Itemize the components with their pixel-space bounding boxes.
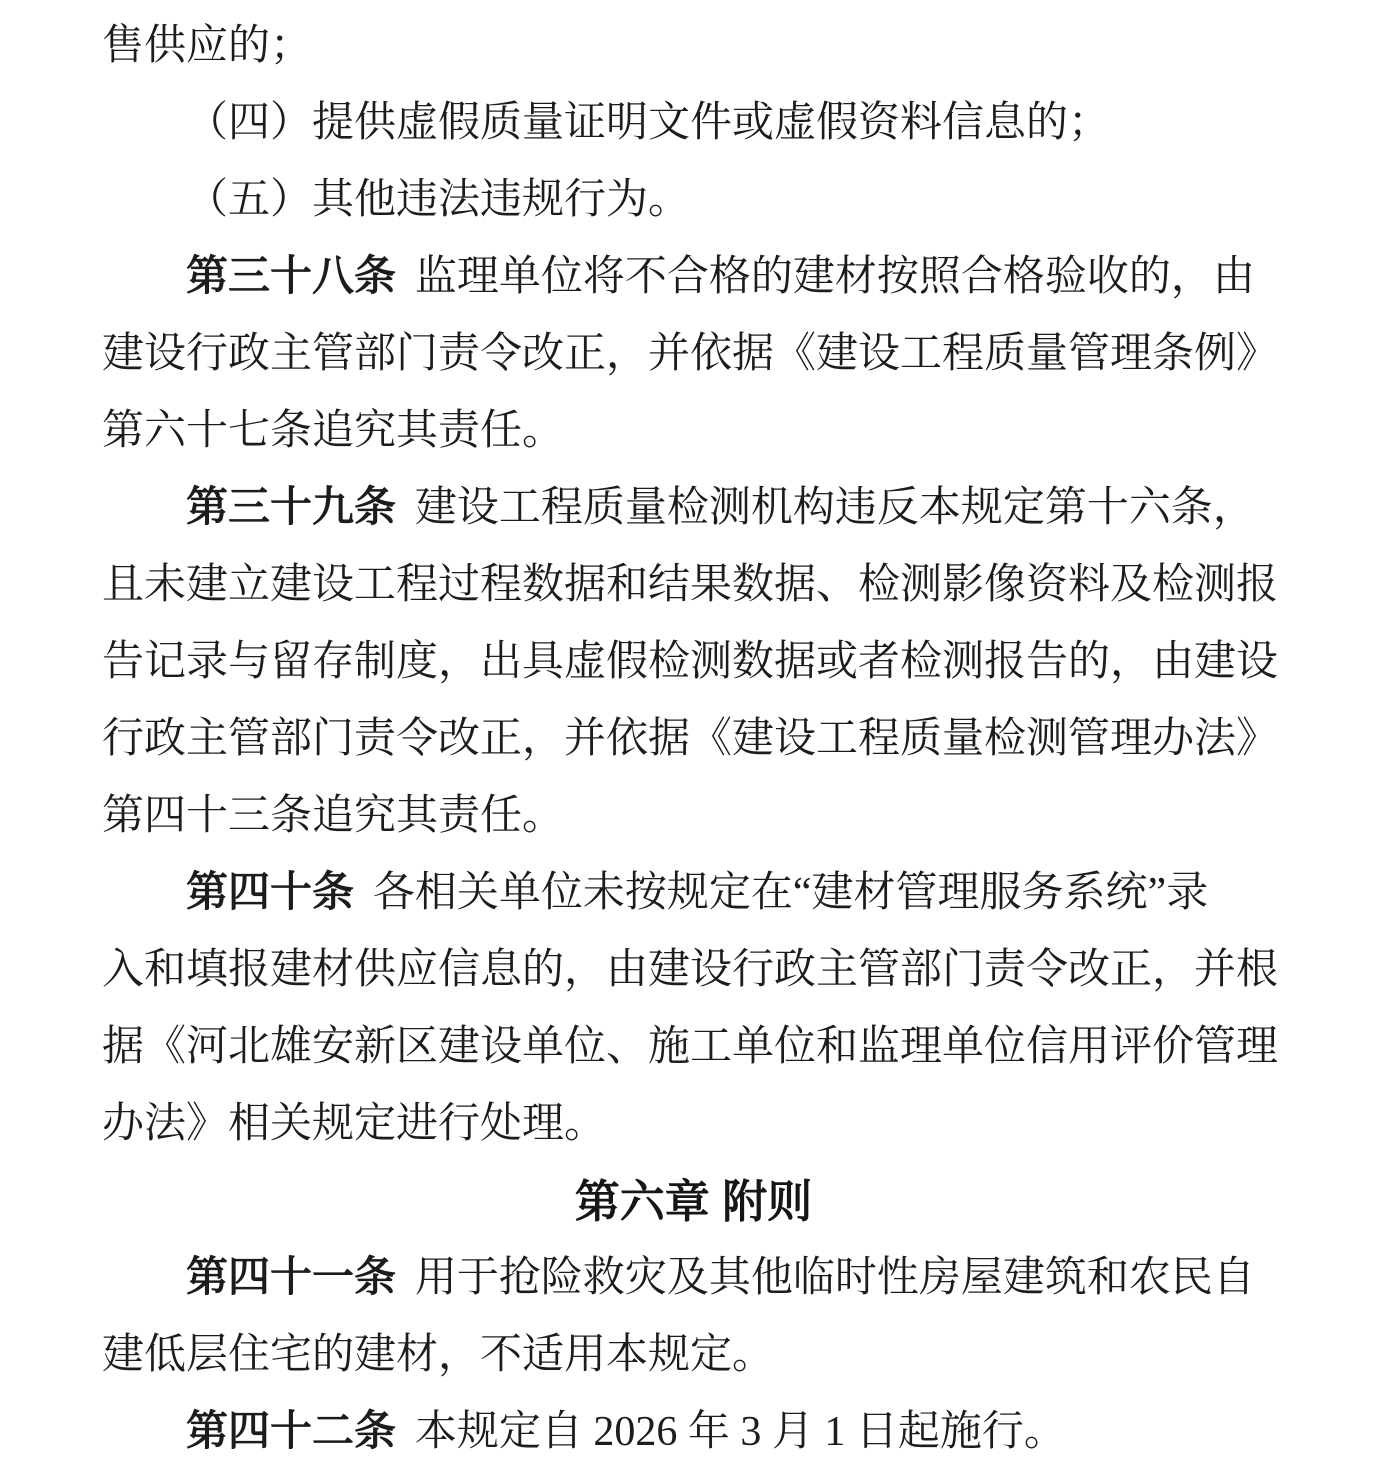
article-38: 第三十八条监理单位将不合格的建材按照合格验收的，由 建设行政主管部门责令改正，并… — [102, 239, 1285, 470]
article-41: 第四十一条用于抢险救灾及其他临时性房屋建筑和农民自 建低层住宅的建材，不适用本规… — [102, 1240, 1285, 1394]
paragraph-continuation: 售供应的； — [102, 8, 1285, 85]
chapter-heading: 第六章 附则 — [102, 1163, 1285, 1240]
article-40-number: 第四十条 — [186, 870, 354, 916]
list-item-4: （四）提供虚假质量证明文件或虚假资料信息的； — [102, 85, 1285, 162]
article-41-number: 第四十一条 — [186, 1255, 396, 1301]
article-39: 第三十九条建设工程质量检测机构违反本规定第十六条， 且未建立建设工程过程数据和结… — [102, 470, 1285, 855]
document-page: 售供应的； （四）提供虚假质量证明文件或虚假资料信息的； （五）其他违法违规行为… — [0, 0, 1387, 1481]
article-39-number: 第三十九条 — [186, 485, 396, 531]
article-38-number: 第三十八条 — [186, 254, 396, 300]
article-42: 第四十二条本规定自 2026 年 3 月 1 日起施行。 — [102, 1394, 1285, 1471]
article-42-body: 本规定自 2026 年 3 月 1 日起施行。 — [415, 1409, 1066, 1455]
article-40: 第四十条各相关单位未按规定在“建材管理服务系统”录 入和填报建材供应信息的，由建… — [102, 855, 1285, 1163]
article-39-body: 建设工程质量检测机构违反本规定第十六条， 且未建立建设工程过程数据和结果数据、检… — [102, 485, 1278, 839]
article-42-number: 第四十二条 — [186, 1409, 396, 1455]
list-item-5: （五）其他违法违规行为。 — [102, 162, 1285, 239]
